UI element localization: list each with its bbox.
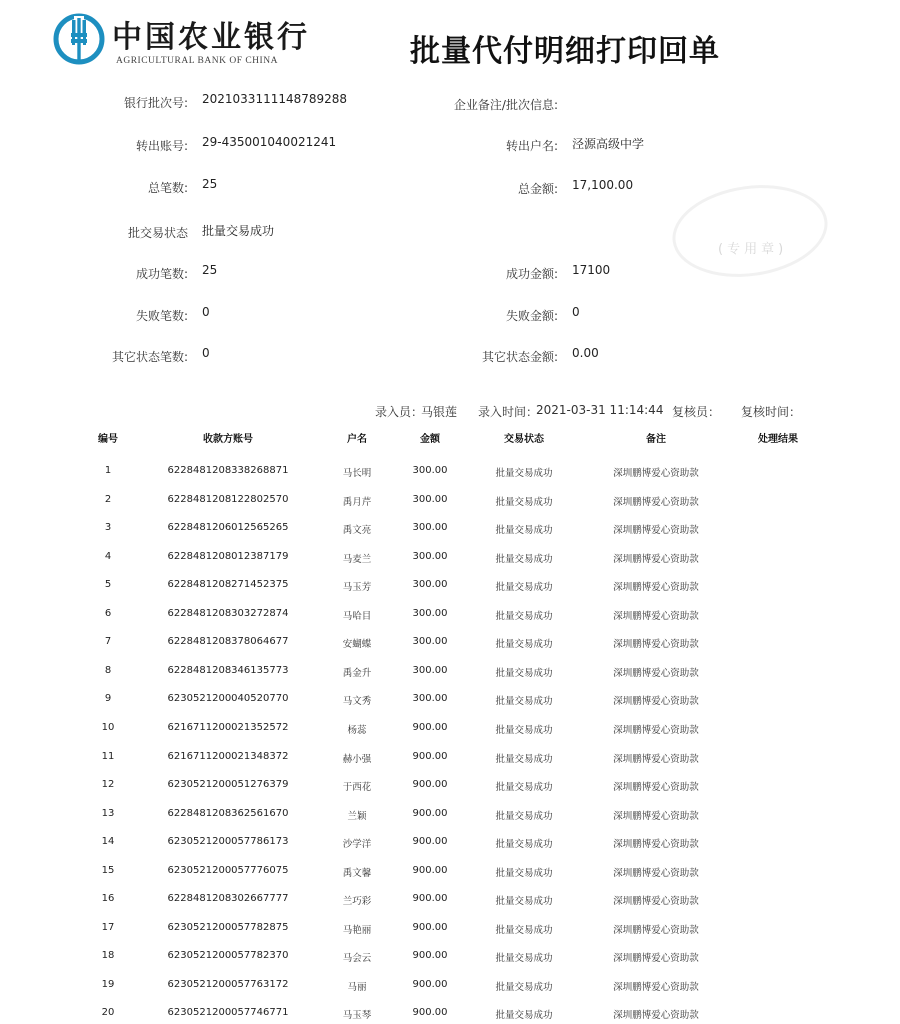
- cell-status: 批量交易成功: [495, 836, 552, 850]
- cell-account: 6230521200057786173: [168, 836, 289, 847]
- cell-status: 批量交易成功: [495, 808, 552, 822]
- cell-account: 6230521200057782370: [168, 950, 289, 961]
- summary-value: 0: [202, 346, 210, 360]
- cell-account: 6230521200040520770: [168, 693, 289, 704]
- cell-remark: 深圳鹏博爱心资助款: [613, 779, 699, 793]
- cell-no: 10: [102, 722, 115, 733]
- document-title: 批量代付明细打印回单: [410, 26, 720, 70]
- cell-account: 6228481208271452375: [168, 579, 289, 590]
- cell-amount: 900.00: [413, 1007, 448, 1018]
- summary-label: 企业备注/批次信息:: [454, 96, 558, 113]
- entry-person: 马银莲: [421, 403, 457, 420]
- abc-logo-icon: [52, 12, 106, 66]
- cell-remark: 深圳鹏博爱心资助款: [613, 722, 699, 736]
- cell-status: 批量交易成功: [495, 722, 552, 736]
- summary-label: 银行批次号:: [124, 94, 188, 111]
- cell-status: 批量交易成功: [495, 636, 552, 650]
- cell-no: 15: [102, 865, 115, 876]
- summary-label: 成功笔数:: [136, 265, 188, 282]
- cell-amount: 300.00: [413, 693, 448, 704]
- cell-name: 于西花: [343, 779, 372, 793]
- summary-value: 批量交易成功: [202, 222, 274, 239]
- cell-amount: 900.00: [413, 922, 448, 933]
- cell-status: 批量交易成功: [495, 950, 552, 964]
- stamp-text: (专用章): [718, 238, 787, 257]
- summary-label: 转出账号:: [136, 137, 188, 154]
- cell-amount: 900.00: [413, 979, 448, 990]
- entry-time-label: 录入时间：: [478, 403, 538, 420]
- cell-remark: 深圳鹏博爱心资助款: [613, 522, 699, 536]
- cell-no: 18: [102, 950, 115, 961]
- cell-remark: 深圳鹏博爱心资助款: [613, 893, 699, 907]
- cell-name: 马会云: [343, 950, 372, 964]
- cell-status: 批量交易成功: [495, 979, 552, 993]
- reviewer-label: 复核员：: [672, 403, 720, 420]
- cell-amount: 900.00: [413, 751, 448, 762]
- official-stamp: [666, 176, 833, 287]
- summary-label: 其它状态金额:: [482, 348, 558, 365]
- cell-remark: 深圳鹏博爱心资助款: [613, 665, 699, 679]
- summary-label: 总金额:: [518, 180, 558, 197]
- table-header-col-amount: 金额: [420, 430, 440, 445]
- cell-remark: 深圳鹏博爱心资助款: [613, 1007, 699, 1021]
- cell-name: 马哈目: [343, 608, 372, 622]
- cell-account: 6228481208303272874: [168, 608, 289, 619]
- cell-amount: 900.00: [413, 950, 448, 961]
- cell-amount: 900.00: [413, 779, 448, 790]
- cell-name: 马丽: [347, 979, 366, 993]
- cell-amount: 300.00: [413, 579, 448, 590]
- cell-no: 14: [102, 836, 115, 847]
- summary-value: 0: [572, 305, 580, 319]
- entry-person-label: 录入员：: [375, 403, 423, 420]
- cell-no: 9: [105, 693, 111, 704]
- cell-status: 批量交易成功: [495, 465, 552, 479]
- summary-label: 批交易状态: [128, 224, 188, 241]
- cell-account: 6230521200057782875: [168, 922, 289, 933]
- cell-account: 6228481208122802570: [168, 494, 289, 505]
- summary-label: 失败金额:: [506, 307, 558, 324]
- cell-no: 12: [102, 779, 115, 790]
- bank-name-cn: 中国农业银行: [112, 12, 310, 56]
- cell-no: 7: [105, 636, 111, 647]
- cell-name: 兰巧彩: [343, 893, 372, 907]
- cell-name: 禹文馨: [343, 865, 372, 879]
- cell-remark: 深圳鹏博爱心资助款: [613, 808, 699, 822]
- cell-amount: 300.00: [413, 608, 448, 619]
- summary-label: 成功金额:: [506, 265, 558, 282]
- table-header-col-account: 收款方账号: [203, 430, 253, 445]
- cell-status: 批量交易成功: [495, 608, 552, 622]
- cell-amount: 300.00: [413, 636, 448, 647]
- cell-remark: 深圳鹏博爱心资助款: [613, 950, 699, 964]
- cell-account: 6228481208302667777: [168, 893, 289, 904]
- cell-no: 16: [102, 893, 115, 904]
- cell-status: 批量交易成功: [495, 579, 552, 593]
- cell-name: 马艳丽: [343, 922, 372, 936]
- cell-name: 马玉芳: [343, 579, 372, 593]
- cell-account: 6228481208338268871: [168, 465, 289, 476]
- cell-account: 6228481208378064677: [168, 636, 289, 647]
- cell-no: 8: [105, 665, 111, 676]
- cell-status: 批量交易成功: [495, 1007, 552, 1021]
- cell-name: 马文秀: [343, 693, 372, 707]
- cell-name: 杨蕊: [347, 722, 366, 736]
- cell-account: 6230521200057776075: [168, 865, 289, 876]
- cell-remark: 深圳鹏博爱心资助款: [613, 836, 699, 850]
- cell-account: 6230521200051276379: [168, 779, 289, 790]
- entry-time: 2021-03-31 11:14:44: [536, 403, 663, 417]
- summary-label: 其它状态笔数:: [112, 348, 188, 365]
- cell-amount: 900.00: [413, 808, 448, 819]
- cell-name: 禹金升: [343, 665, 372, 679]
- cell-account: 6230521200057763172: [168, 979, 289, 990]
- cell-no: 3: [105, 522, 111, 533]
- cell-amount: 900.00: [413, 865, 448, 876]
- summary-value: 泾源高级中学: [572, 135, 644, 152]
- cell-no: 4: [105, 551, 111, 562]
- cell-amount: 300.00: [413, 551, 448, 562]
- cell-remark: 深圳鹏博爱心资助款: [613, 636, 699, 650]
- summary-value: 25: [202, 263, 217, 277]
- cell-name: 赫小强: [343, 751, 372, 765]
- cell-account: 6228481206012565265: [168, 522, 289, 533]
- cell-amount: 300.00: [413, 522, 448, 533]
- summary-label: 总笔数:: [148, 179, 188, 196]
- cell-name: 禹文亮: [343, 522, 372, 536]
- cell-status: 批量交易成功: [495, 522, 552, 536]
- cell-amount: 900.00: [413, 836, 448, 847]
- table-header-col-no: 编号: [98, 430, 118, 445]
- cell-remark: 深圳鹏博爱心资助款: [613, 751, 699, 765]
- summary-value: 2021033111148789288: [202, 92, 347, 106]
- cell-amount: 900.00: [413, 893, 448, 904]
- cell-no: 11: [102, 751, 115, 762]
- cell-remark: 深圳鹏博爱心资助款: [613, 465, 699, 479]
- cell-no: 19: [102, 979, 115, 990]
- cell-no: 17: [102, 922, 115, 933]
- cell-name: 沙学洋: [343, 836, 372, 850]
- cell-status: 批量交易成功: [495, 494, 552, 508]
- table-header-col-result: 处理结果: [758, 430, 798, 445]
- cell-amount: 300.00: [413, 665, 448, 676]
- cell-amount: 300.00: [413, 494, 448, 505]
- summary-value: 17100: [572, 263, 610, 277]
- cell-no: 6: [105, 608, 111, 619]
- cell-remark: 深圳鹏博爱心资助款: [613, 551, 699, 565]
- summary-value: 0: [202, 305, 210, 319]
- cell-remark: 深圳鹏博爱心资助款: [613, 693, 699, 707]
- cell-account: 6228481208012387179: [168, 551, 289, 562]
- cell-account: 6228481208362561670: [168, 808, 289, 819]
- summary-value: 25: [202, 177, 217, 191]
- table-header-col-remark: 备注: [646, 430, 666, 445]
- table-header-col-status: 交易状态: [504, 430, 544, 445]
- cell-remark: 深圳鹏博爱心资助款: [613, 579, 699, 593]
- table-header-col-name: 户名: [347, 430, 367, 445]
- summary-value: 0.00: [572, 346, 599, 360]
- cell-account: 6228481208346135773: [168, 665, 289, 676]
- cell-amount: 900.00: [413, 722, 448, 733]
- cell-status: 批量交易成功: [495, 922, 552, 936]
- cell-status: 批量交易成功: [495, 779, 552, 793]
- summary-value: 17,100.00: [572, 178, 633, 192]
- cell-remark: 深圳鹏博爱心资助款: [613, 865, 699, 879]
- cell-status: 批量交易成功: [495, 751, 552, 765]
- cell-status: 批量交易成功: [495, 693, 552, 707]
- cell-remark: 深圳鹏博爱心资助款: [613, 608, 699, 622]
- cell-name: 马玉琴: [343, 1007, 372, 1021]
- cell-account: 6216711200021348372: [168, 751, 289, 762]
- cell-name: 安蝴蝶: [343, 636, 372, 650]
- review-time-label: 复核时间：: [741, 403, 801, 420]
- cell-name: 禹月芹: [343, 494, 372, 508]
- cell-remark: 深圳鹏博爱心资助款: [613, 494, 699, 508]
- cell-status: 批量交易成功: [495, 865, 552, 879]
- cell-account: 6216711200021352572: [168, 722, 289, 733]
- summary-value: 29-435001040021241: [202, 135, 336, 149]
- cell-remark: 深圳鹏博爱心资助款: [613, 979, 699, 993]
- cell-name: 兰颖: [347, 808, 366, 822]
- cell-name: 马长明: [343, 465, 372, 479]
- cell-no: 13: [102, 808, 115, 819]
- summary-label: 转出户名:: [506, 137, 558, 154]
- cell-status: 批量交易成功: [495, 665, 552, 679]
- bank-name-en: AGRICULTURAL BANK OF CHINA: [116, 56, 278, 66]
- cell-account: 6230521200057746771: [168, 1007, 289, 1018]
- cell-no: 1: [105, 465, 111, 476]
- cell-amount: 300.00: [413, 465, 448, 476]
- cell-no: 20: [102, 1007, 115, 1018]
- cell-no: 2: [105, 494, 111, 505]
- summary-label: 失败笔数:: [136, 307, 188, 324]
- cell-remark: 深圳鹏博爱心资助款: [613, 922, 699, 936]
- cell-status: 批量交易成功: [495, 551, 552, 565]
- cell-status: 批量交易成功: [495, 893, 552, 907]
- cell-name: 马麦兰: [343, 551, 372, 565]
- cell-no: 5: [105, 579, 111, 590]
